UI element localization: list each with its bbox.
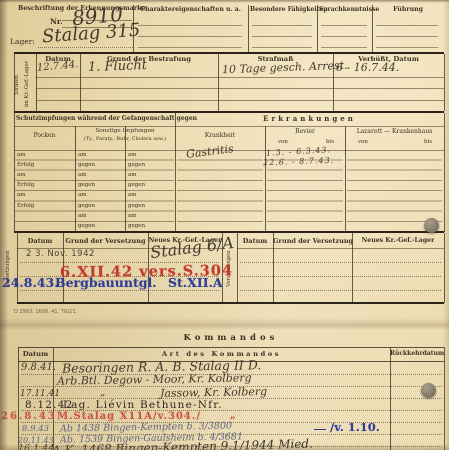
grid-label: gegen [78, 182, 95, 188]
table-border [17, 233, 18, 303]
grid-label: am [128, 152, 137, 158]
column-divider [317, 5, 318, 52]
paper-edge-top [0, 0, 449, 3]
kommandos-col-datum: Datum [18, 350, 53, 358]
table-border [14, 52, 444, 54]
column-divider [352, 233, 353, 303]
transfer-blue-date-stamp: 24.8.43. [2, 275, 59, 290]
ditto-mark: „ [100, 387, 105, 398]
row-line [20, 290, 219, 291]
kommando-date-stamp: 26.8.43 [1, 411, 57, 422]
paper-edge-left [0, 0, 8, 450]
transfers-col-datum-right: Datum [237, 237, 273, 245]
column-divider [218, 54, 219, 111]
grid-label: am [17, 192, 26, 198]
punishments-side-label-1: Strafen [14, 60, 23, 110]
column-divider [265, 126, 266, 232]
ditto-mark: „ [230, 410, 237, 421]
kommando-entry: Jassow, Kr. Kolberg [160, 385, 267, 400]
grid-label: am [128, 172, 137, 178]
column-divider [372, 5, 373, 52]
grid-label: gegen [128, 203, 145, 209]
grid-label: am [78, 213, 87, 219]
revier-von-label: von [278, 139, 288, 145]
ink-dash [314, 429, 326, 430]
form-code: D 2993. 1608. 41. TIG11. [14, 309, 77, 315]
grid-label: am [78, 172, 87, 178]
transfers-col-grund-right: Grund der Versetzung [273, 237, 352, 245]
grid-label: gegen [78, 203, 95, 209]
column-divider [125, 126, 126, 232]
grid-label: gegen [128, 162, 145, 168]
grid-label: am [78, 192, 87, 198]
grid-label: gegen [128, 182, 145, 188]
rule-lines [252, 15, 312, 48]
transfer-blue-camp-stamp: St.XII.A [168, 275, 223, 290]
hole-punch [421, 383, 436, 398]
date-stamp: 2 3. Nov. 1942 [26, 249, 95, 259]
illnesses-title: Erkrankungen [175, 114, 444, 123]
kommandos-title: Kommandos [18, 333, 444, 343]
rule-line [38, 47, 133, 48]
illnesses-col-lazarett: Lazarett — Krankenhaus [345, 128, 444, 135]
kommando-entry-stamp: M.Stalag X11A/v.304./ [57, 411, 201, 422]
rule-lines [138, 15, 242, 48]
paper-edge-right [443, 0, 449, 450]
kommandos-col-rueckkehr: Rückkehrdatum [390, 350, 444, 357]
column-header-charakter: Charaktereigenschaften u. a. [135, 6, 246, 13]
rule-lines [376, 15, 438, 48]
hole-punch [424, 218, 439, 233]
lager-label: Lager: [10, 37, 35, 46]
rule-lines [177, 150, 263, 232]
column-divider [80, 54, 81, 111]
illnesses-col-krankheit: Krankheit [175, 132, 265, 139]
table-border [14, 54, 15, 111]
column-divider [248, 5, 249, 52]
column-divider [273, 233, 274, 303]
punishment-served-handwritten: 6 - 16.7.44. [336, 61, 399, 74]
lazarett-bis-label: bis [424, 139, 432, 145]
grid-label: Erfolg [17, 182, 34, 188]
vaccinations-title: Schutzimpfungen während der Gefangenscha… [16, 115, 173, 122]
row-line [240, 262, 441, 263]
table-border [17, 302, 444, 304]
punishment-date-handwritten: 12.7.44. [37, 59, 79, 74]
vaccinations-col-pocken: Pocken [14, 132, 75, 139]
paper-edge-bottom [0, 444, 449, 450]
table-border [14, 113, 15, 232]
row-line [14, 126, 444, 127]
kommando-entry-typed: Lag. Liévin Bethune-Nfr. [63, 399, 223, 411]
grid-label: am [128, 213, 137, 219]
column-header-sprachkenntnisse: Sprachkenntnisse [319, 6, 371, 13]
pow-record-card: Beschriftung der Erkennungsmarke Nr. 891… [0, 0, 449, 450]
illnesses-col-revier: Revier [265, 128, 345, 135]
grid-label: gegen [128, 223, 145, 229]
grid-label: am [128, 192, 137, 198]
transfers-col-datum-left: Datum [17, 237, 63, 245]
row-line [36, 77, 444, 78]
table-border [14, 111, 444, 113]
grid-label: Erfolg [17, 203, 34, 209]
grid-label: am [78, 152, 87, 158]
row-line [36, 88, 444, 89]
grid-label: gegen [78, 162, 95, 168]
row-line [240, 290, 441, 291]
kommando-date: 17.11.41 [20, 389, 60, 399]
column-divider [133, 5, 134, 52]
punishment-reason-handwritten: 1. Flucht [88, 58, 147, 75]
column-divider [75, 126, 76, 232]
column-header-faehigkeiten: Besondere Fähigkeiten [250, 6, 315, 13]
grid-label: am [17, 172, 26, 178]
row-line [237, 248, 444, 249]
revier-bis-label: bis [326, 139, 334, 145]
column-divider [175, 113, 176, 232]
grid-label: Erfolg [17, 162, 34, 168]
transfer-blue-text-stamp: Bergbauuntgl. [55, 275, 157, 290]
column-header-fuehrung: Führung [374, 6, 442, 13]
table-border [237, 233, 238, 303]
lazarett-von-label: von [358, 139, 368, 145]
rule-lines [321, 15, 367, 48]
table-border [18, 347, 19, 450]
row-line [36, 100, 444, 101]
column-divider [345, 126, 346, 232]
grid-label: am [17, 152, 26, 158]
kommando-date: 8.9.43 [22, 424, 49, 434]
row-line [240, 276, 441, 277]
fold-crease [0, 318, 449, 330]
punishments-side-label-2: im Kr.-Gef.-Lager [24, 56, 33, 112]
kommando-note-blue: /v. 1.10. [330, 420, 380, 434]
grid-label: gegen [78, 223, 95, 229]
table-border [18, 347, 444, 348]
transfers-col-lager-right: Neues Kr.-Gef.-Lager [352, 237, 444, 244]
transfers-col-grund-left: Grund der Versetzung [63, 237, 148, 245]
kommandos-col-art: Art des Kommandos [53, 350, 390, 358]
kommando-date: 9.8.41. [21, 362, 56, 373]
